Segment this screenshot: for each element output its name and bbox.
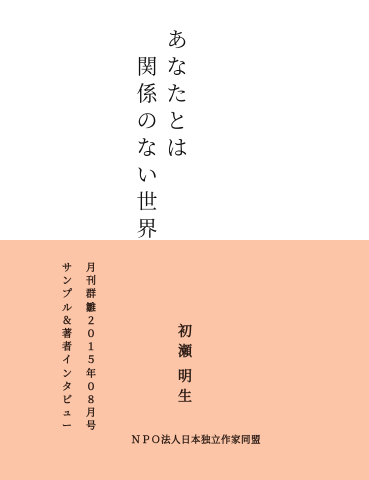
vertical-char: 月	[86, 407, 96, 420]
vertical-char: イ	[62, 354, 72, 367]
vertical-char: ン	[62, 368, 72, 381]
vertical-char: ０	[86, 381, 96, 394]
vertical-char: 号	[86, 420, 96, 433]
vertical-char: な	[137, 135, 158, 162]
vertical-char: ５	[86, 354, 96, 367]
vertical-char: 者	[62, 341, 72, 354]
vertical-char: 関	[137, 54, 158, 81]
vertical-char: た	[167, 81, 188, 108]
vertical-char: な	[167, 54, 188, 81]
vertical-char: 明	[178, 367, 192, 387]
vertical-char: 生	[178, 387, 192, 407]
vertical-char: 著	[62, 328, 72, 341]
vertical-char: 月	[86, 262, 96, 275]
vertical-char: 界	[137, 216, 158, 243]
vertical-char: ル	[62, 302, 72, 315]
vertical-char: サ	[62, 262, 72, 275]
vertical-char: タ	[62, 381, 72, 394]
vertical-char: ー	[62, 420, 72, 433]
vertical-char: 世	[137, 189, 158, 216]
title-line-1: あなたとは	[166, 27, 188, 162]
vertical-char: 雛	[86, 302, 96, 315]
vertical-char: １	[86, 341, 96, 354]
author-family-name: 初瀬	[177, 322, 193, 362]
vertical-char: 係	[137, 81, 158, 108]
vertical-char: と	[167, 108, 188, 135]
vertical-char: 瀬	[178, 342, 192, 362]
vertical-char: ２	[86, 315, 96, 328]
vertical-char: の	[137, 108, 158, 135]
vertical-char: 初	[178, 322, 192, 342]
vertical-char: ８	[86, 394, 96, 407]
vertical-char: 群	[86, 288, 96, 301]
vertical-char: ビ	[62, 394, 72, 407]
vertical-char: い	[137, 162, 158, 189]
vertical-char: プ	[62, 288, 72, 301]
author-given-name: 明生	[177, 367, 193, 407]
vertical-char: 年	[86, 368, 96, 381]
vertical-char: ュ	[62, 407, 72, 420]
subtitle-issue: 月刊群雛２０１５年０８月号	[85, 262, 97, 433]
subtitle-sample-interview: サンプル＆著者インタビュー	[61, 262, 73, 433]
vertical-char: は	[167, 135, 188, 162]
publisher-name: ＮＰＯ法人日本独立作家同盟	[131, 432, 261, 446]
vertical-char: ン	[62, 275, 72, 288]
vertical-char: あ	[167, 27, 188, 54]
vertical-char: ０	[86, 328, 96, 341]
title-line-2: 関係のない世界	[136, 54, 158, 243]
vertical-char: 刊	[86, 275, 96, 288]
vertical-char: ＆	[62, 315, 72, 328]
